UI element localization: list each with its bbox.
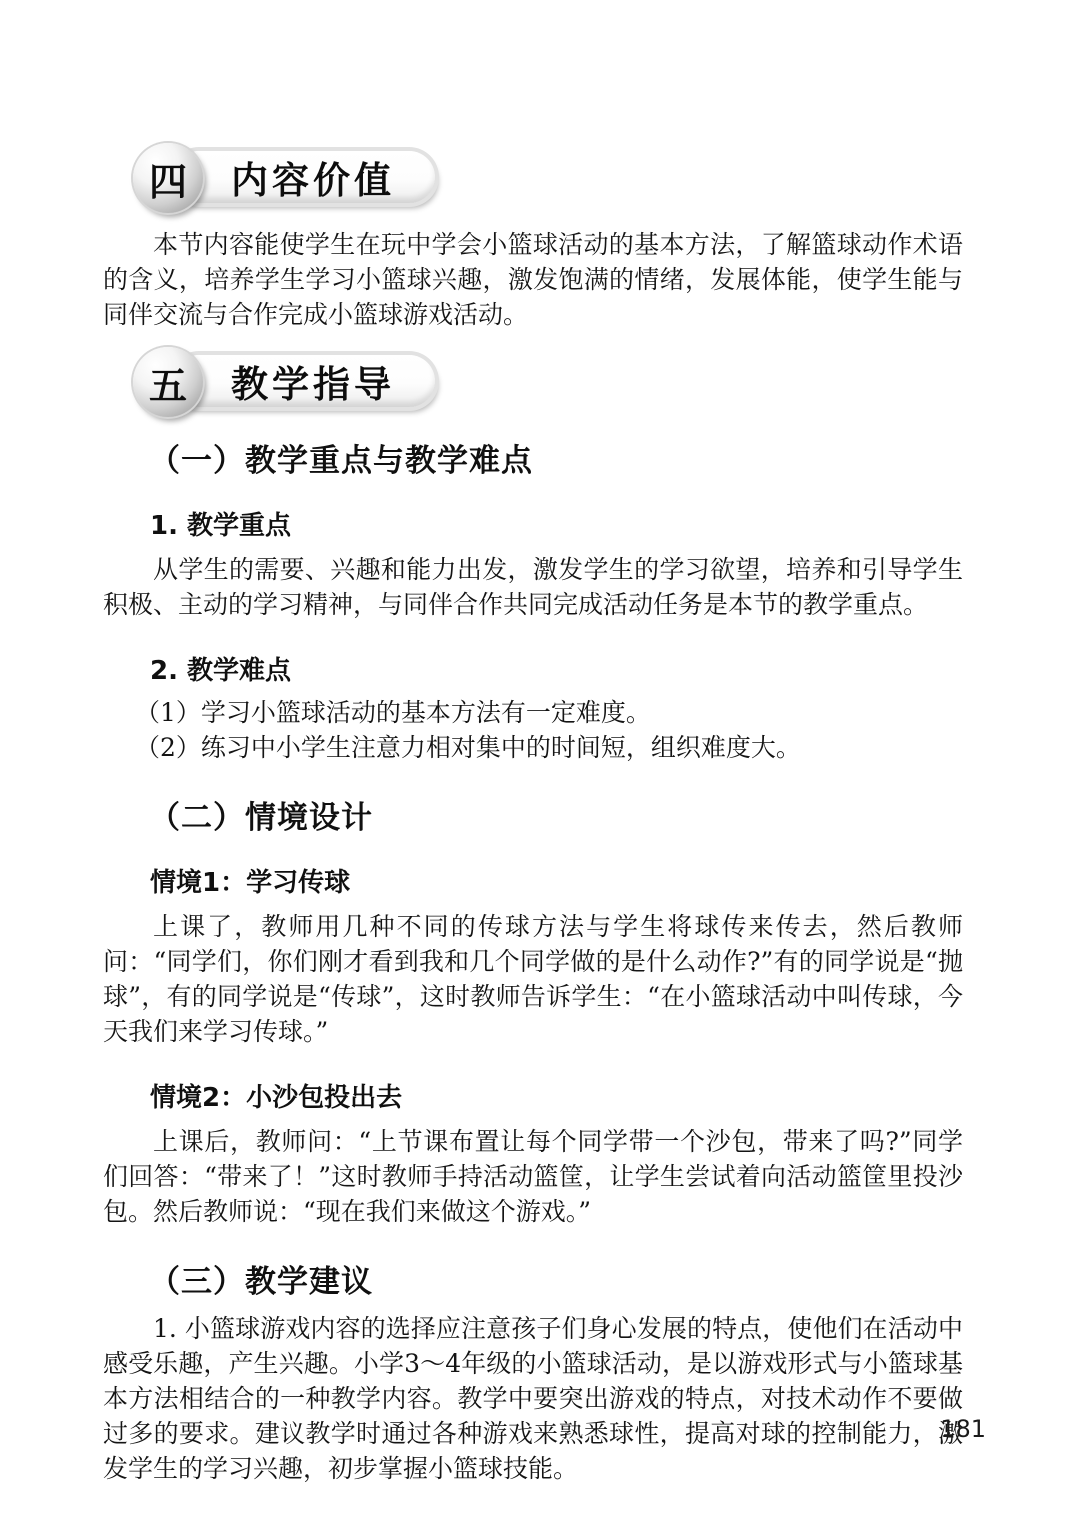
section-title: 内容价值 xyxy=(231,150,395,204)
difficulty-item: （2）练习中小学生注意力相对集中的时间短，组织难度大。 xyxy=(135,730,963,765)
scenario2-heading: 情境2：小沙包投出去 xyxy=(150,1077,963,1114)
subsection-heading-key-points: （一）教学重点与教学难点 xyxy=(149,435,963,480)
document-page: 内容价值 四 本节内容能使学生在玩中学会小篮球活动的基本方法，了解篮球动作术语的… xyxy=(0,0,1081,1513)
scenario2-paragraph: 上课后，教师问：“上节课布置让每个同学带一个沙包，带来了吗?”同学们回答：“带来… xyxy=(103,1124,963,1229)
subsection-heading-teaching-suggestions: （三）教学建议 xyxy=(149,1256,963,1301)
scenario1-paragraph: 上课了，教师用几种不同的传球方法与学生将球传来传去，然后教师问：“同学们，你们刚… xyxy=(103,909,963,1049)
difficulty-item: （1）学习小篮球活动的基本方法有一定难度。 xyxy=(135,695,963,730)
page-content: 内容价值 四 本节内容能使学生在玩中学会小篮球活动的基本方法，了解篮球动作术语的… xyxy=(103,143,963,1486)
section4-intro-paragraph: 本节内容能使学生在玩中学会小篮球活动的基本方法，了解篮球动作术语的含义，培养学生… xyxy=(103,227,963,332)
section-title: 教学指导 xyxy=(231,354,395,408)
point-heading-teaching-difficulty: 2. 教学难点 xyxy=(150,650,963,687)
section-number-circle: 四 xyxy=(133,143,203,213)
teaching-suggestions-paragraph: 1. 小篮球游戏内容的选择应注意孩子们身心发展的特点，使他们在活动中感受乐趣，产… xyxy=(103,1311,963,1486)
section-number-circle: 五 xyxy=(133,347,203,417)
scenario1-heading: 情境1：学习传球 xyxy=(150,862,963,899)
point-heading-teaching-focus: 1. 教学重点 xyxy=(150,505,963,542)
page-number: 181 xyxy=(940,1415,986,1443)
teaching-focus-paragraph: 从学生的需要、兴趣和能力出发，激发学生的学习欲望，培养和引导学生积极、主动的学习… xyxy=(103,552,963,622)
badge-pill: 内容价值 xyxy=(173,151,435,203)
badge-pill: 教学指导 xyxy=(173,355,435,407)
subsection-heading-scenario-design: （二）情境设计 xyxy=(149,792,963,837)
section-badge-content-value: 内容价值 四 xyxy=(133,143,435,213)
section-badge-teaching-guidance: 教学指导 五 xyxy=(133,347,435,417)
